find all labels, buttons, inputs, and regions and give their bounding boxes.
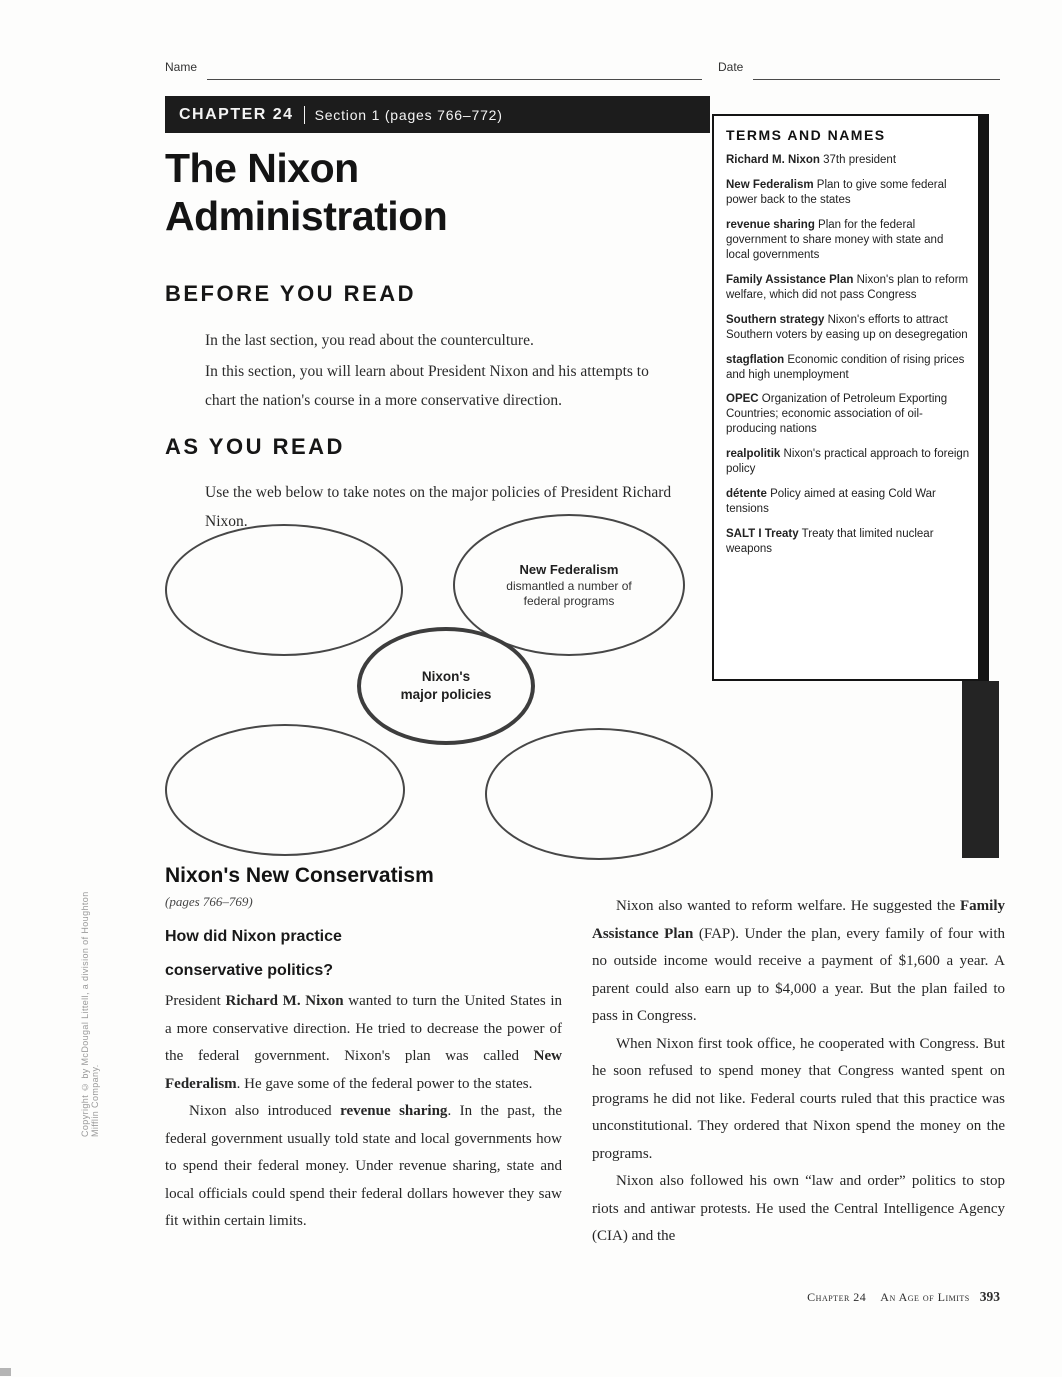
web-oval-blank-top-left[interactable] (165, 524, 403, 656)
footer-unit-title: An Age of Limits (880, 1290, 969, 1304)
chapter-banner: CHAPTER 24 Section 1 (pages 766–772) (165, 96, 710, 133)
notes-web-diagram: New Federalism dismantled a number of fe… (165, 512, 713, 864)
terms-heading: TERMS AND NAMES (726, 126, 970, 144)
footer-chapter: Chapter 24 (807, 1290, 866, 1304)
term-entry: Family Assistance Plan Nixon's plan to r… (726, 273, 970, 303)
term-entry: stagflation Economic condition of rising… (726, 353, 970, 383)
body-paragraph: Nixon also wanted to reform welfare. He … (592, 893, 1005, 1031)
banner-divider (304, 106, 305, 124)
term-entry: revenue sharing Plan for the federal gov… (726, 218, 970, 263)
before-you-read-text: In the last section, you read about the … (205, 326, 677, 417)
before-you-read-heading: BEFORE YOU READ (165, 281, 416, 307)
guiding-question: How did Nixon practice conservative poli… (165, 920, 400, 988)
before-paragraph: In this section, you will learn about Pr… (205, 357, 677, 415)
name-fill-line[interactable] (207, 78, 702, 80)
body-right-column: Nixon also wanted to reform welfare. He … (592, 893, 1005, 1251)
before-paragraph: In the last section, you read about the … (205, 326, 677, 355)
body-paragraph: Nixon also introduced revenue sharing. I… (165, 1098, 562, 1236)
term-entry: Southern strategy Nixon's efforts to att… (726, 313, 970, 343)
banner-chapter-label: CHAPTER 24 (179, 106, 294, 124)
term-entry: SALT I Treaty Treaty that limited nuclea… (726, 527, 970, 557)
web-center-oval: Nixon's major policies (357, 627, 535, 745)
term-entry: OPEC Organization of Petroleum Exporting… (726, 392, 970, 437)
name-date-row: Name Date (165, 58, 1000, 80)
term-entry: détente Policy aimed at easing Cold War … (726, 487, 970, 517)
chapter-edge-tab (962, 681, 999, 858)
banner-section-label: Section 1 (pages 766–772) (315, 107, 503, 123)
web-oval-title: New Federalism (520, 562, 619, 577)
body-paragraph: When Nixon first took office, he coopera… (592, 1031, 1005, 1169)
term-name: New Federalism (726, 179, 814, 191)
page-range-note: (pages 766–769) (165, 894, 253, 910)
term-name: SALT I Treaty (726, 528, 799, 540)
web-oval-blank-bottom-left[interactable] (165, 724, 405, 856)
term-name: détente (726, 488, 767, 500)
web-center-line1: Nixon's (422, 668, 470, 686)
body-left-column: President Richard M. Nixon wanted to tur… (165, 988, 562, 1236)
date-fill-line[interactable] (753, 78, 1000, 80)
web-oval-blank-bottom-right[interactable] (485, 728, 713, 860)
term-name: Family Assistance Plan (726, 274, 853, 286)
terms-and-names-box: TERMS AND NAMES Richard M. Nixon 37th pr… (712, 114, 989, 681)
web-oval-detail: dismantled a number of federal programs (490, 579, 648, 609)
page-footer: Chapter 24An Age of Limits393 (807, 1289, 1000, 1305)
term-entry: realpolitik Nixon's practical approach t… (726, 447, 970, 477)
web-center-line2: major policies (401, 686, 492, 704)
as-you-read-heading: AS YOU READ (165, 434, 345, 460)
body-paragraph: President Richard M. Nixon wanted to tur… (165, 988, 562, 1098)
term-entry: Richard M. Nixon 37th president (726, 153, 970, 168)
workbook-page: Name Date CHAPTER 24 Section 1 (pages 76… (0, 0, 1062, 1377)
section-title: The Nixon Administration (165, 144, 585, 241)
name-field-label: Name (165, 60, 197, 74)
scan-corner-mark (0, 1368, 11, 1376)
term-definition: 37th president (823, 154, 896, 166)
term-name: revenue sharing (726, 219, 815, 231)
date-field-label: Date (718, 60, 743, 74)
term-name: OPEC (726, 393, 759, 405)
term-name: stagflation (726, 354, 784, 366)
body-paragraph: Nixon also followed his own “law and ord… (592, 1168, 1005, 1251)
term-definition: Organization of Petroleum Exporting Coun… (726, 393, 947, 435)
reading-section-heading: Nixon's New Conservatism (165, 864, 434, 888)
term-entry: New Federalism Plan to give some federal… (726, 178, 970, 208)
footer-page-number: 393 (980, 1289, 1000, 1304)
term-name: realpolitik (726, 448, 780, 460)
copyright-sidenote: Copyright © by McDougal Littell, a divis… (80, 872, 100, 1137)
term-name: Southern strategy (726, 314, 824, 326)
term-name: Richard M. Nixon (726, 154, 820, 166)
